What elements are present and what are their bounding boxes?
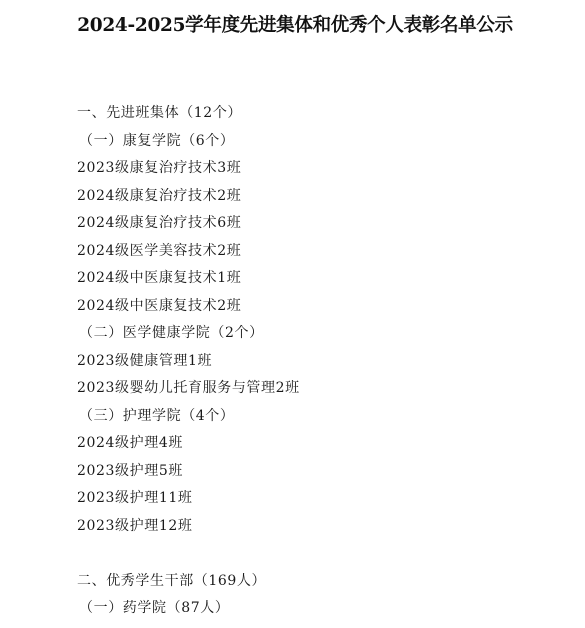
list-item: 2024级中医康复技术1班: [77, 268, 241, 288]
list-item: 2024级医学美容技术2班: [77, 241, 241, 261]
section-heading: 二、优秀学生干部（169人）: [77, 571, 266, 591]
list-item: 2024级康复治疗技术2班: [77, 186, 241, 206]
subsection-heading: （三）护理学院（4个）: [79, 406, 235, 426]
list-item: 2023级婴幼儿托育服务与管理2班: [77, 378, 300, 398]
list-item: 2023级健康管理1班: [77, 351, 212, 371]
list-item: 2023级康复治疗技术3班: [77, 158, 241, 178]
list-item: 2024级中医康复技术2班: [77, 296, 241, 316]
list-item: 2023级护理12班: [77, 516, 192, 536]
subsection-heading: （一）药学院（87人）: [79, 598, 229, 618]
subsection-heading: （一）康复学院（6个）: [79, 131, 235, 151]
section-heading: 一、先进班集体（12个）: [77, 103, 242, 123]
document-title: 2024-2025学年度先进集体和优秀个人表彰名单公示: [60, 12, 530, 40]
subsection-heading: （二）医学健康学院（2个）: [79, 323, 264, 343]
list-item: 2023级护理11班: [77, 488, 192, 508]
list-item: 2023级护理5班: [77, 461, 183, 481]
list-item: 2024级护理4班: [77, 433, 183, 453]
list-item: 2024级康复治疗技术6班: [77, 213, 241, 233]
